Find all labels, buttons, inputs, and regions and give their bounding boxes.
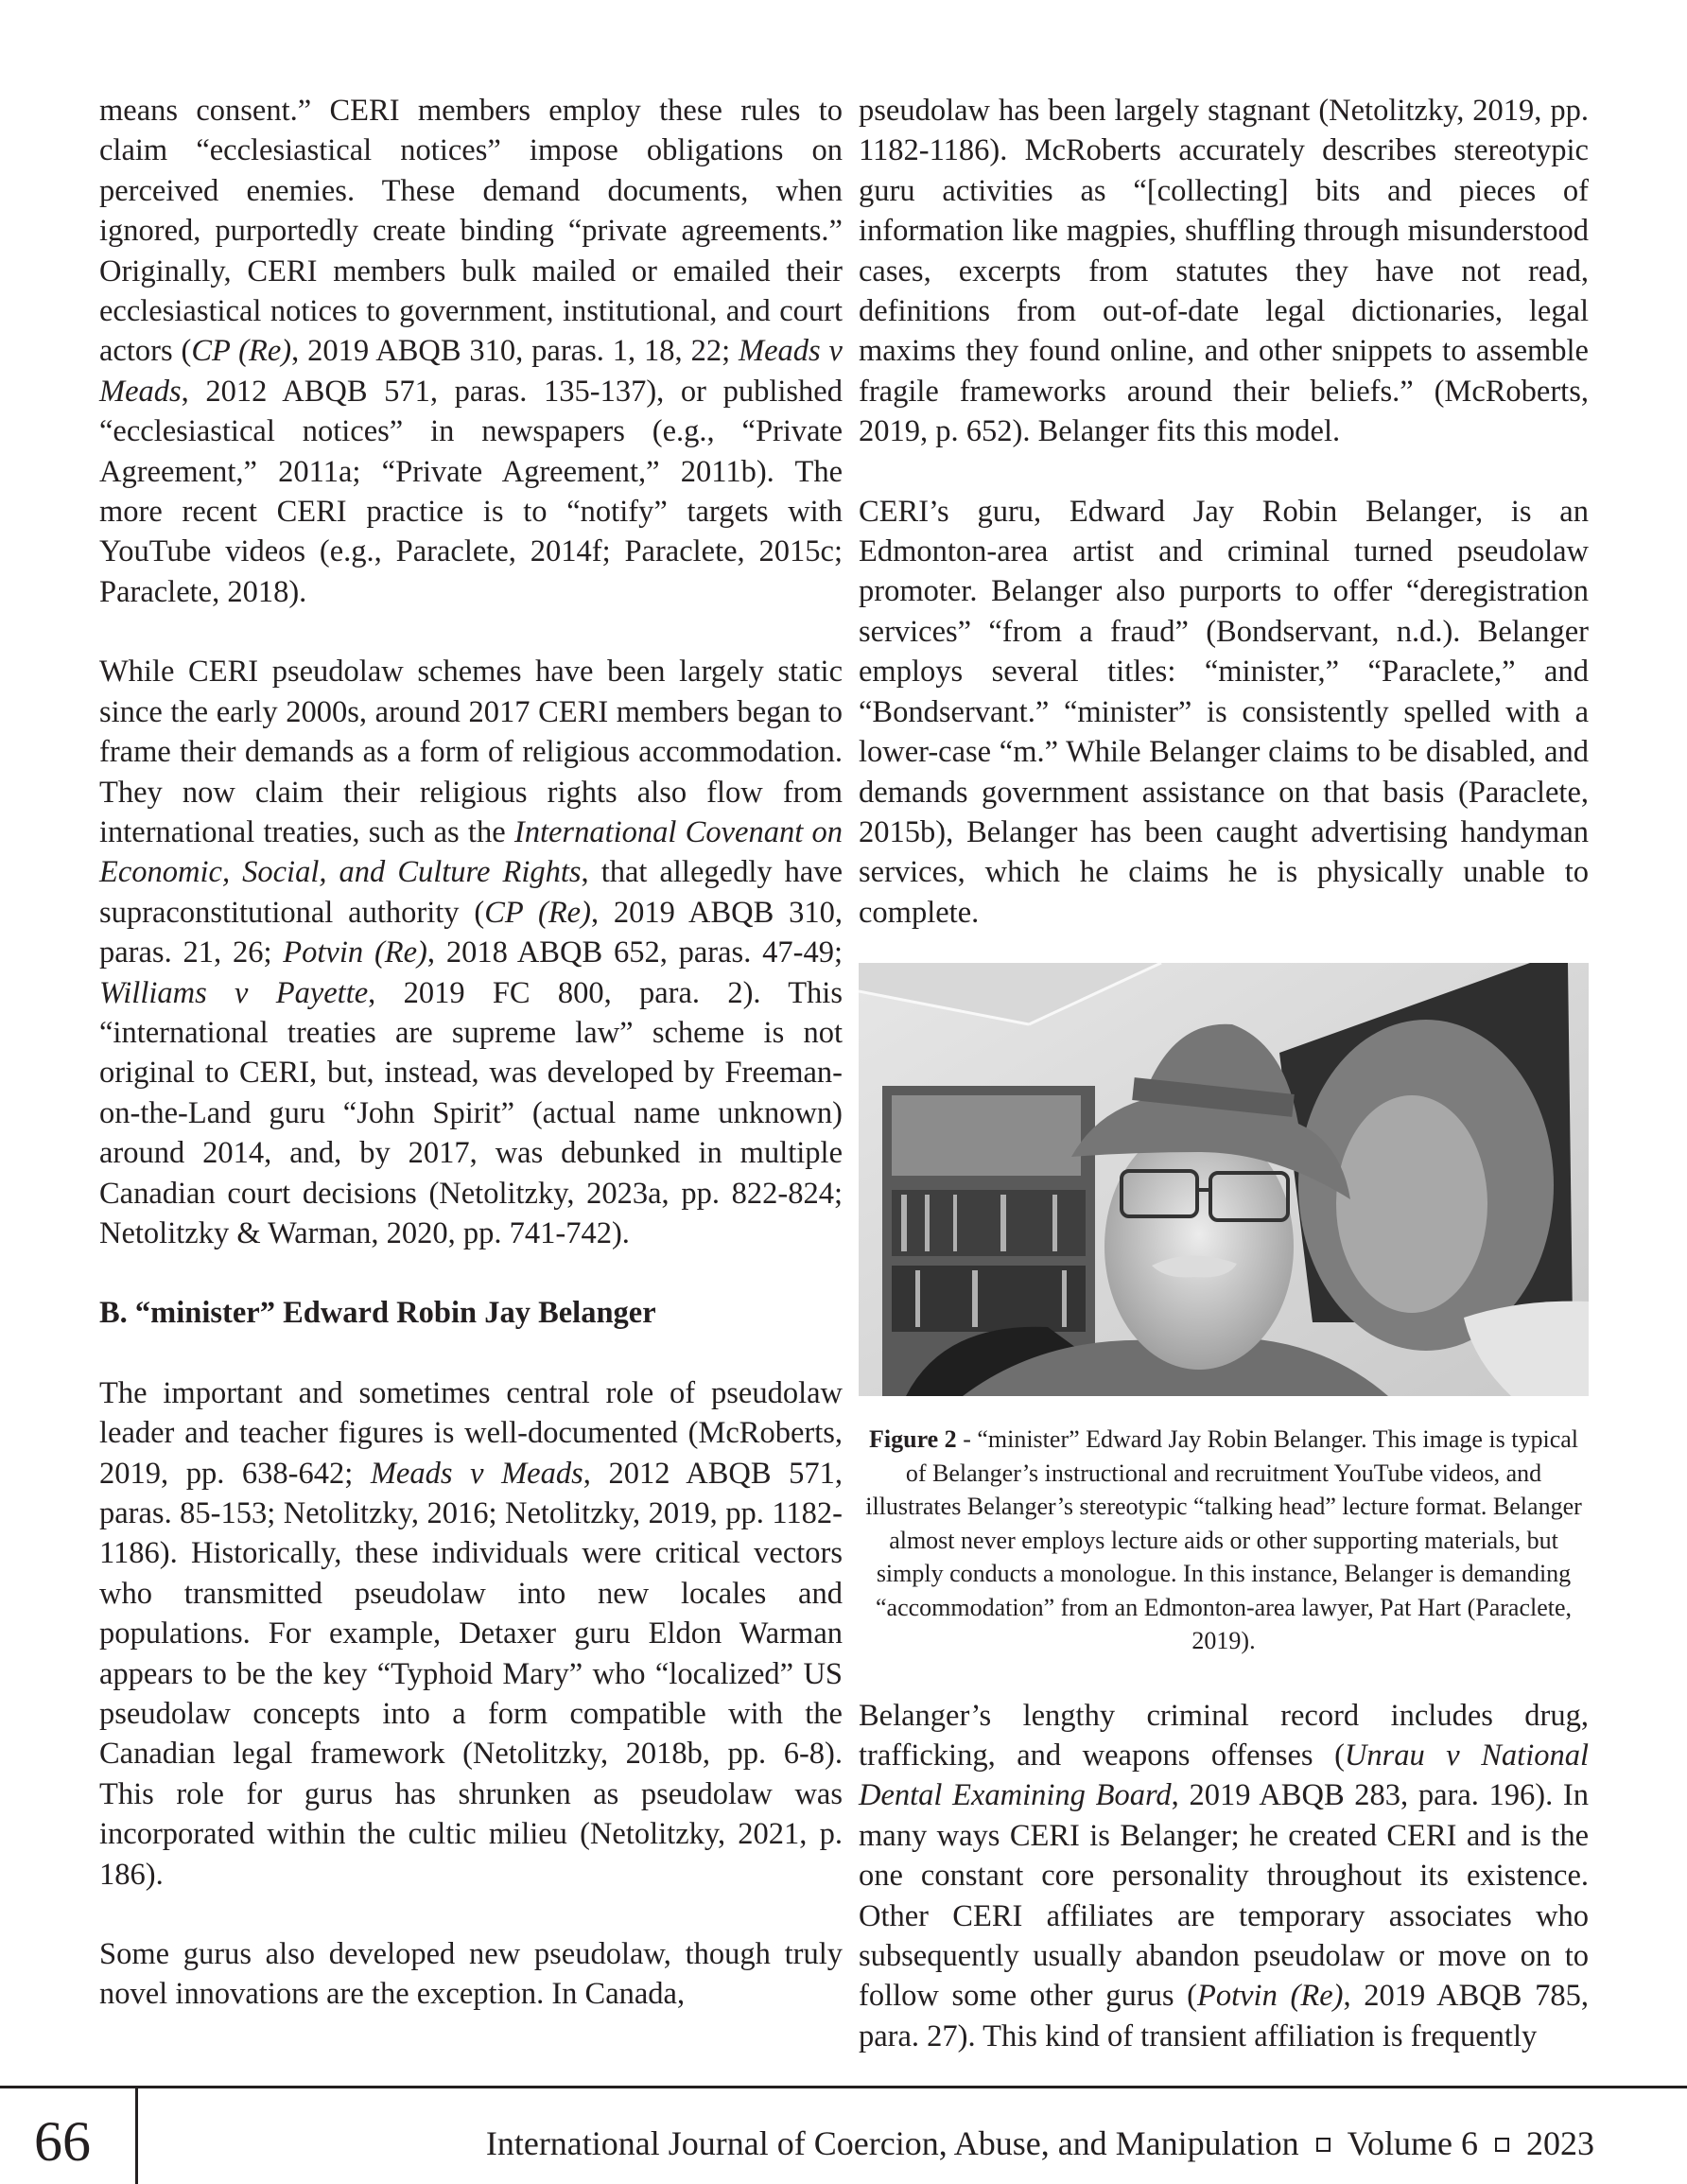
square-separator-icon <box>1495 2138 1509 2152</box>
section-heading: B. “minister” Edward Robin Jay Belanger <box>99 1293 843 1333</box>
case-citation: Williams v Payette <box>99 976 368 1010</box>
case-citation: Meads v Meads <box>371 1457 583 1491</box>
case-citation: Potvin (Re) <box>1197 1979 1343 2013</box>
page-number: 66 <box>34 2111 91 2172</box>
left-column: means consent.” CERI members employ thes… <box>99 91 843 2015</box>
paragraph: pseudolaw has been largely stagnant (Net… <box>859 91 1589 452</box>
paragraph: CERI’s guru, Edward Jay Robin Belanger, … <box>859 492 1589 933</box>
right-column: pseudolaw has been largely stagnant (Net… <box>859 91 1589 2056</box>
paragraph: While CERI pseudolaw schemes have been l… <box>99 652 843 1253</box>
journal-title: International Journal of Coercion, Abuse… <box>486 2124 1299 2162</box>
paragraph: The important and sometimes central role… <box>99 1373 843 1895</box>
figure-caption: Figure 2 - “minister” Edward Jay Robin B… <box>859 1423 1589 1658</box>
paragraph: Belanger’s lengthy criminal record inclu… <box>859 1696 1589 2057</box>
running-footer: International Journal of Coercion, Abuse… <box>486 2123 1594 2164</box>
footer-rule <box>0 2086 1687 2088</box>
paragraph: means consent.” CERI members employ thes… <box>99 91 843 612</box>
square-separator-icon <box>1316 2138 1330 2152</box>
volume: Volume 6 <box>1348 2124 1478 2162</box>
case-citation: Potvin (Re) <box>283 935 427 970</box>
year: 2023 <box>1526 2124 1594 2162</box>
case-citation: CP (Re) <box>484 896 591 930</box>
footer-divider <box>135 2088 138 2184</box>
paragraph: Some gurus also developed new pseudolaw,… <box>99 1934 843 2015</box>
figure-label: Figure 2 <box>869 1425 957 1453</box>
case-citation: CP (Re) <box>191 334 291 368</box>
figure: Figure 2 - “minister” Edward Jay Robin B… <box>859 963 1589 1658</box>
figure-photo <box>859 963 1589 1396</box>
